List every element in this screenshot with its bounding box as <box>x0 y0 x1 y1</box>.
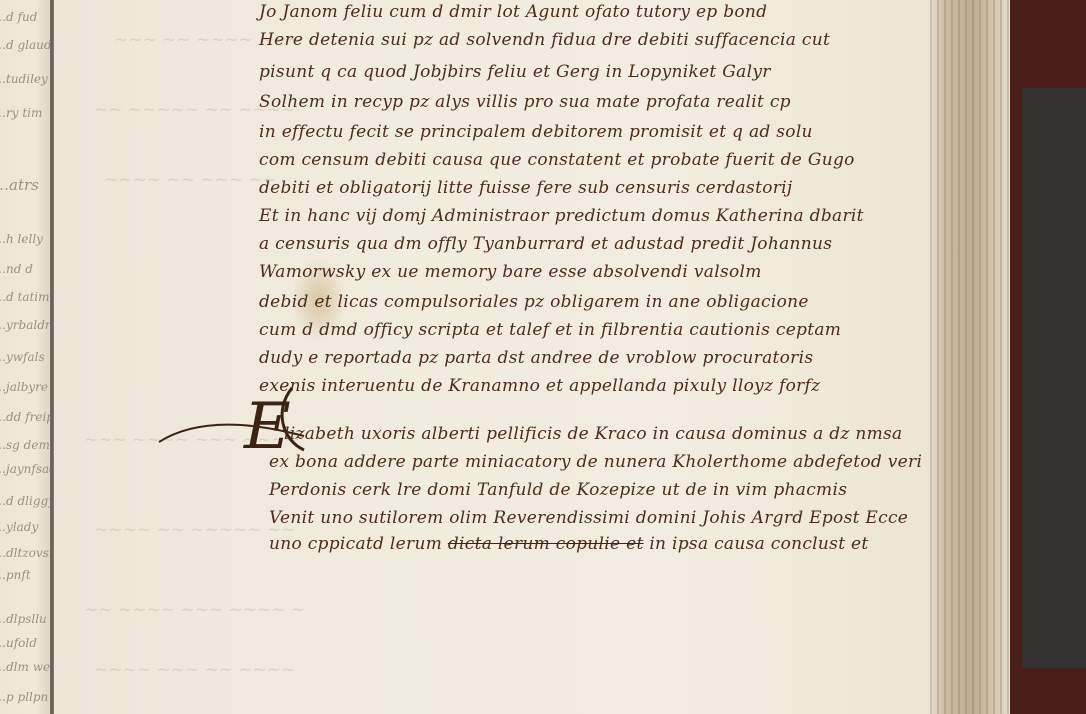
text-line: pisunt q ca quod Jobjbirs feliu et Gerg … <box>259 62 771 82</box>
margin-note: …pnft <box>0 568 31 582</box>
background-surface <box>1022 88 1086 668</box>
text-line: debid et licas compulsoriales pz obligar… <box>259 292 809 312</box>
text-line-end: in ipsa causa conclust et <box>649 534 868 554</box>
margin-note: …ufold <box>0 636 37 650</box>
text-line: in effectu fecit se principalem debitore… <box>259 122 813 142</box>
text-line: cum d dmd officy scripta et talef et in … <box>259 320 841 340</box>
text-line: debiti et obligatorij litte fuisse fere … <box>259 178 792 198</box>
margin-note: …ylady <box>0 520 38 534</box>
margin-note: …d tatimi <box>0 290 50 304</box>
text-line: Perdonis cerk lre domi Tanfuld de Kozepi… <box>269 480 847 500</box>
struck-text: dicta lerum copulie et <box>448 534 644 554</box>
margin-note: …dd freip <box>0 410 50 424</box>
margin-note: …nd d <box>0 262 33 276</box>
facing-page-margin: …d fud …d glaud …tudiley …ry tim …atrs …… <box>0 0 50 714</box>
margin-note: …dltzovsti <box>0 546 50 560</box>
text-line: Jo Janom feliu cum d dmir lot Agunt ofat… <box>259 2 767 22</box>
text-line: a censuris qua dm offly Tyanburrard et a… <box>259 234 832 254</box>
margin-note: …d dliggy <box>0 494 50 508</box>
margin-note: …atrs <box>0 176 39 194</box>
margin-note: …tudiley <box>0 72 48 86</box>
text-line: Et in hanc vij domj Administraor predict… <box>259 206 864 226</box>
text-line: Venit uno sutilorem olim Reverendissimi … <box>269 508 908 528</box>
margin-note: …yrbaldry <box>0 318 50 332</box>
text-line: uno cppicatd lerum dicta lerum copulie e… <box>269 534 869 554</box>
margin-note: …ry tim <box>0 106 42 120</box>
margin-note: …dlpsllu <box>0 612 47 626</box>
margin-note: …sg dem <box>0 438 50 452</box>
book-fore-edge <box>930 0 1010 714</box>
margin-note: …h lelly <box>0 232 43 246</box>
margin-note: …jalbyre <box>0 380 48 394</box>
text-line: ex bona addere parte miniacatory de nune… <box>269 452 922 472</box>
text-line-start: uno cppicatd lerum <box>269 534 442 554</box>
text-line: lizabeth uxoris alberti pellificis de Kr… <box>284 424 902 444</box>
manuscript-page: ~~~ ~~ ~~~~ ~~~ ~~ ~~~~~ ~~ ~~~~ ~~~~ ~~… <box>54 0 934 714</box>
margin-note: …d glaud <box>0 38 50 52</box>
margin-note: …jaynfsad <box>0 462 50 476</box>
text-line: dudy e reportada pz parta dst andree de … <box>259 348 813 368</box>
margin-note: …p pllpn cup <box>0 690 50 704</box>
text-line: exenis interuentu de Kranamno et appella… <box>259 376 820 396</box>
margin-note: …dlm wem <box>0 660 50 674</box>
text-line: Solhem in recyp pz alys villis pro sua m… <box>259 92 791 112</box>
margin-note: …ywfals <box>0 350 45 364</box>
text-line: Wamorwsky ex ue memory bare esse absolve… <box>259 262 762 282</box>
text-line: Here detenia sui pz ad solvendn fidua dr… <box>259 30 830 50</box>
margin-note: …d fud <box>0 10 37 24</box>
text-line: com censum debiti causa que constatent e… <box>259 150 855 170</box>
